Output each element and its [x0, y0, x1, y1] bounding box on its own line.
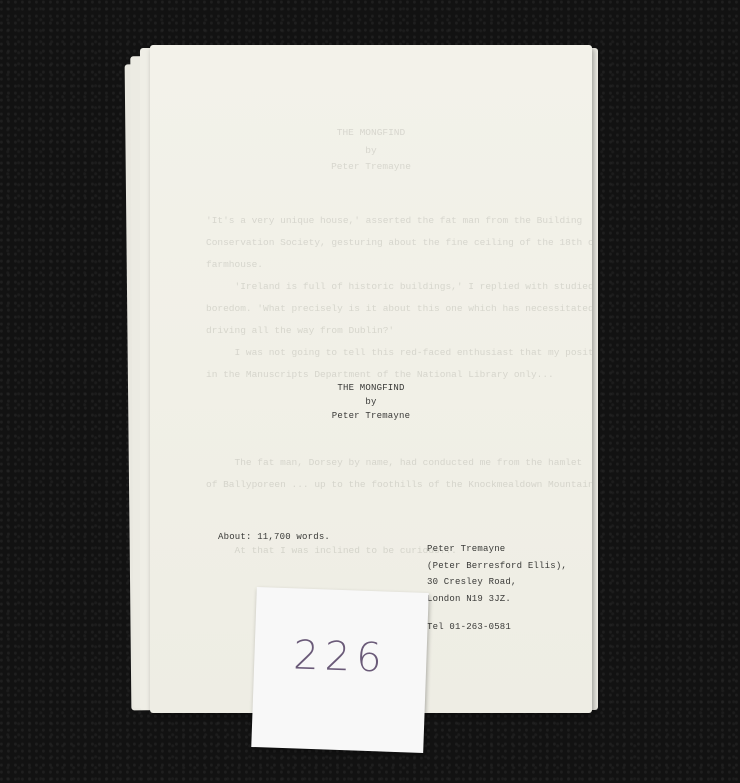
contact-street: 30 Cresley Road, [427, 574, 567, 591]
bleed-line: of Ballyporeen ... up to the foothills o… [206, 477, 592, 494]
contact-city: London N19 3JZ. [427, 591, 567, 608]
author-name: Peter Tremayne [150, 409, 592, 423]
contact-name: Peter Tremayne [427, 541, 567, 558]
bleed-line: 'It's a very unique house,' asserted the… [206, 213, 582, 230]
bleed-line: At that I was inclined to be curious... [206, 543, 457, 560]
word-count: About: 11,700 words. [218, 532, 330, 542]
manuscript-title: THE MONGFIND [150, 381, 592, 395]
bleed-line: driving all the way from Dublin?' [206, 323, 394, 340]
bleed-title: THE MONGFIND [150, 125, 592, 142]
bleed-line: The fat man, Dorsey by name, had conduct… [206, 455, 582, 472]
title-block: THE MONGFIND by Peter Tremayne [150, 381, 592, 423]
contact-block: Peter Tremayne (Peter Berresford Ellis),… [427, 541, 567, 636]
bleed-by: by [150, 143, 592, 160]
bleed-line: Conservation Society, gesturing about th… [206, 235, 592, 252]
lot-number-tag: 226 [251, 587, 428, 753]
contact-real-name: (Peter Berresford Ellis), [427, 558, 567, 575]
bleed-line: boredom. 'What precisely is it about thi… [206, 301, 592, 318]
lot-number: 226 [254, 631, 428, 683]
bleed-line: 'Ireland is full of historic buildings,'… [206, 279, 592, 296]
contact-phone: Tel 01-263-0581 [427, 619, 567, 636]
bleed-line: farmhouse. [206, 257, 263, 274]
bleed-line: I was not going to tell this red-faced e… [206, 345, 592, 362]
byline: by [150, 395, 592, 409]
bleed-author: Peter Tremayne [150, 159, 592, 176]
